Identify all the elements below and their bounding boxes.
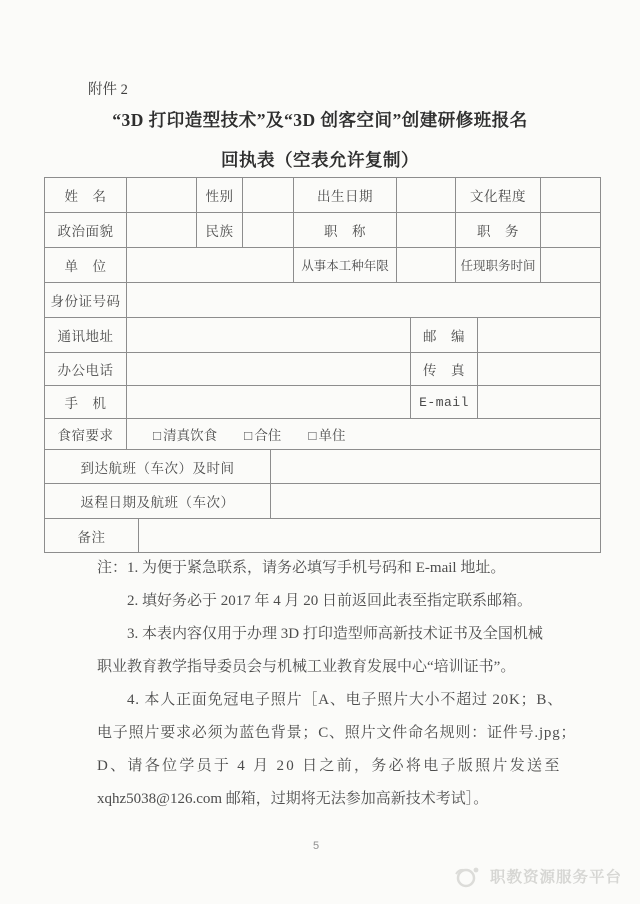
meal-options-cell: □清真饮食 □合住 □单住 [127,419,601,450]
ethnicity-value-cell [243,213,294,248]
note-line-2: 2. 填好务必于 2017 年 4 月 20 日前返回此表至指定联系邮箱。 [97,589,572,614]
table-row-office-phone: 办公电话 传 真 [45,353,601,386]
meal-option-single-room: □单住 [308,424,345,444]
name-label: 姓 名 [45,178,127,213]
mobile-label: 手 机 [45,386,127,419]
watermark-text: 职教资源服务平台 [490,865,622,887]
years-value-cell [397,248,456,283]
address-label: 通讯地址 [45,318,127,353]
birth-date-value-cell [397,178,456,213]
notes-section: 注：1. 为便于紧急联系，请务必填写手机号码和 E-mail 地址。 2. 填好… [97,556,572,820]
return-value-cell [271,484,601,519]
table-row-address: 通讯地址 邮 编 [45,318,601,353]
tenure-label: 任现职务时间 [456,248,541,283]
checkbox-icon: □ [244,428,252,443]
table-row-meal: 食宿要求 □清真饮食 □合住 □单住 [45,419,601,450]
table-row-unit: 单 位 从事本工种年限 任现职务时间 [45,248,601,283]
registration-form-table: 姓 名 性别 出生日期 文化程度 政治面貌 民族 职 称 职 务 单 位 从事本… [44,177,601,553]
email-label: E-mail [411,386,478,419]
note-line-4: 职业教育教学指导委员会与机械工业教育发展中心“培训证书”。 [97,655,572,680]
table-row-political: 政治面貌 民族 职 称 职 务 [45,213,601,248]
tenure-value-cell [541,248,601,283]
note-line-6: 电子照片要求必须为蓝色背景；C、照片文件命名规则：证件号.jpg； [97,721,572,746]
education-value-cell [541,178,601,213]
meal-option-single-room-label: 单住 [318,428,345,443]
office-phone-label: 办公电话 [45,353,127,386]
ethnicity-label: 民族 [197,213,243,248]
document-page: 附件 2 “3D 打印造型技术”及“3D 创客空间”创建研修班报名 回执表（空表… [0,0,640,904]
id-number-value-cell [127,283,601,318]
address-value-cell [127,318,411,353]
postcode-label: 邮 编 [411,318,478,353]
remark-label: 备注 [45,519,139,553]
meal-option-halal: □清真饮食 [153,424,217,444]
note-line-8: xqhz5038@126.com 邮箱，过期将无法参加高新技术考试］。 [97,787,572,812]
political-value-cell [127,213,197,248]
office-phone-value-cell [127,353,411,386]
email-value-cell [478,386,601,419]
arrival-value-cell [271,450,601,484]
mobile-value-cell [127,386,411,419]
table-row-arrival: 到达航班（车次）及时间 [45,450,601,484]
note-line-1: 注：1. 为便于紧急联系，请务必填写手机号码和 E-mail 地址。 [97,556,572,581]
watermark-logo-icon [452,864,484,888]
checkbox-icon: □ [308,428,316,443]
postcode-value-cell [478,318,601,353]
title-label: 职 称 [294,213,397,248]
meal-option-shared-room: □合住 [244,424,281,444]
table-row-mobile: 手 机 E-mail [45,386,601,419]
unit-label: 单 位 [45,248,127,283]
table-row-return: 返程日期及航班（车次） [45,484,601,519]
return-label: 返程日期及航班（车次） [45,484,271,519]
duty-value-cell [541,213,601,248]
meal-option-shared-room-label: 合住 [254,428,281,443]
political-label: 政治面貌 [45,213,127,248]
duty-label: 职 务 [456,213,541,248]
form-title-line2: 回执表（空表允许复制） [0,147,640,172]
fax-label: 传 真 [411,353,478,386]
unit-value-cell [127,248,294,283]
id-number-label: 身份证号码 [45,283,127,318]
arrival-label: 到达航班（车次）及时间 [45,450,271,484]
fax-value-cell [478,353,601,386]
note-line-5: 4. 本人正面免冠电子照片［A、电子照片大小不超过 20K；B、 [97,688,572,713]
page-number: 5 [0,840,632,852]
form-title-line1: “3D 打印造型技术”及“3D 创客空间”创建研修班报名 [0,107,640,132]
note-line-7: D、请各位学员于 4 月 20 日之前，务必将电子版照片发送至 [97,754,572,779]
checkbox-icon: □ [153,428,161,443]
note-line-3: 3. 本表内容仅用于办理 3D 打印造型师高新技术证书及全国机械 [97,622,572,647]
birth-date-label: 出生日期 [294,178,397,213]
table-row-remark: 备注 [45,519,601,553]
years-label: 从事本工种年限 [294,248,397,283]
watermark: 职教资源服务平台 [452,864,622,888]
table-row-id-number: 身份证号码 [45,283,601,318]
remark-value-cell [139,519,601,553]
gender-value-cell [243,178,294,213]
title-value-cell [397,213,456,248]
attachment-label: 附件 2 [88,78,128,99]
meal-label: 食宿要求 [45,419,127,450]
gender-label: 性别 [197,178,243,213]
name-value-cell [127,178,197,213]
meal-option-halal-label: 清真饮食 [163,428,217,443]
table-row-name: 姓 名 性别 出生日期 文化程度 [45,178,601,213]
education-label: 文化程度 [456,178,541,213]
